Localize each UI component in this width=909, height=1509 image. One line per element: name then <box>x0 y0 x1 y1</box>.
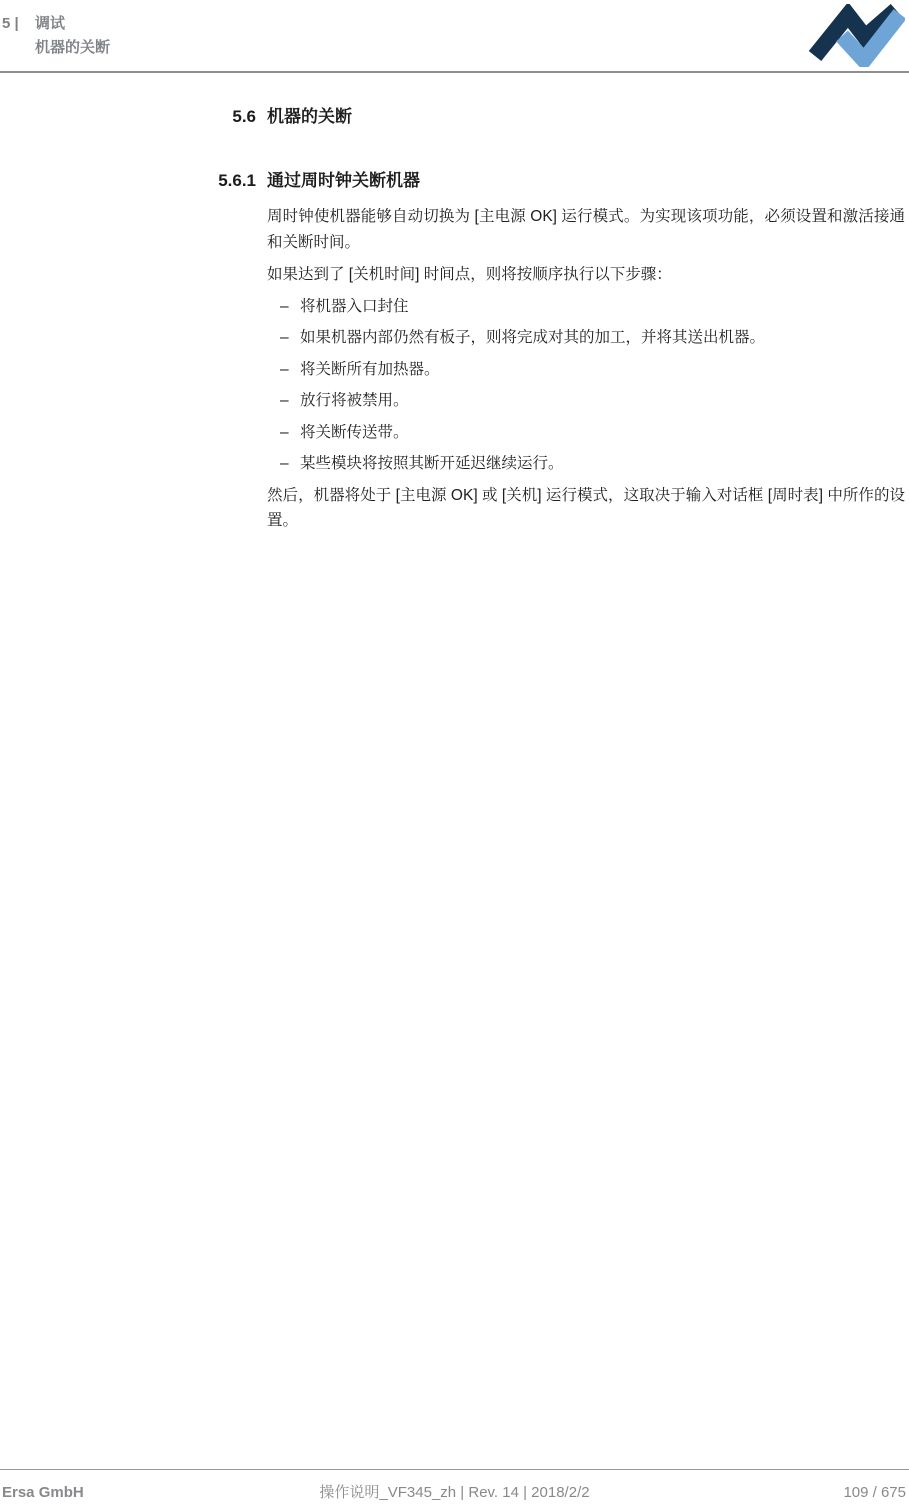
page-footer: Ersa GmbH 操作说明_VF345_zh | Rev. 14 | 2018… <box>0 1483 909 1503</box>
header-titles: 调试 机器的关断 <box>35 12 110 60</box>
list-item-text: 放行将被禁用。 <box>300 392 409 409</box>
list-item-text: 某些模块将按照其断开延迟继续运行。 <box>300 455 564 472</box>
list-item: – 某些模块将按照其断开延迟继续运行。 <box>0 451 905 477</box>
list-item: – 如果机器内部仍然有板子，则将完成对其的加工，并将其送出机器。 <box>0 325 905 351</box>
paragraph-conclusion: 然后，机器将处于 [主电源 OK] 或 [关机] 运行模式，这取决于输入对话框 … <box>0 483 905 534</box>
bullet-dash: – <box>280 294 289 320</box>
bullet-dash: – <box>280 420 289 446</box>
header-section-title: 机器的关断 <box>35 36 110 60</box>
list-item: – 放行将被禁用。 <box>0 388 905 414</box>
section-heading: 5.6 机器的关断 <box>0 105 909 128</box>
list-item: – 将关断所有加热器。 <box>0 357 905 383</box>
list-item: – 将关断传送带。 <box>0 420 905 446</box>
list-item: – 将机器入口封住 <box>0 294 905 320</box>
footer-page-number: 109 / 675 <box>843 1483 906 1503</box>
list-item-text: 将关断传送带。 <box>300 424 409 441</box>
subsection-heading-title: 通过周时钟关断机器 <box>267 171 420 190</box>
header-divider <box>0 71 909 73</box>
section-heading-number: 5.6 <box>0 105 256 128</box>
paragraph-intro: 周时钟使机器能够自动切换为 [主电源 OK] 运行模式。为实现该项功能，必须设置… <box>0 204 905 255</box>
document-page: 5 | 调试 机器的关断 5.6 机器的关断 5.6.1 通过周时钟关断机器 周… <box>0 0 909 1509</box>
footer-doc-info: 操作说明_VF345_zh | Rev. 14 | 2018/2/2 <box>0 1483 909 1503</box>
content-area: 5.6 机器的关断 5.6.1 通过周时钟关断机器 周时钟使机器能够自动切换为 … <box>0 105 909 534</box>
steps-list: – 将机器入口封住 – 如果机器内部仍然有板子，则将完成对其的加工，并将其送出机… <box>0 294 909 477</box>
bullet-dash: – <box>280 325 289 351</box>
list-item-text: 将机器入口封住 <box>300 298 409 315</box>
section-heading-title: 机器的关断 <box>267 107 352 126</box>
bullet-dash: – <box>280 357 289 383</box>
ersa-logo <box>808 4 905 67</box>
footer-company: Ersa GmbH <box>2 1483 84 1503</box>
list-item-text: 将关断所有加热器。 <box>300 361 440 378</box>
subsection-heading-number: 5.6.1 <box>0 169 256 192</box>
header-chapter-title: 调试 <box>35 12 110 36</box>
paragraph-steps-intro: 如果达到了 [关机时间] 时间点，则将按顺序执行以下步骤： <box>0 262 905 288</box>
chapter-number: 5 | <box>2 12 35 36</box>
bullet-dash: – <box>280 451 289 477</box>
page-header: 5 | 调试 机器的关断 <box>2 12 110 60</box>
bullet-dash: – <box>280 388 289 414</box>
list-item-text: 如果机器内部仍然有板子，则将完成对其的加工，并将其送出机器。 <box>300 329 765 346</box>
footer-divider <box>0 1469 909 1470</box>
subsection-heading: 5.6.1 通过周时钟关断机器 <box>0 169 909 192</box>
